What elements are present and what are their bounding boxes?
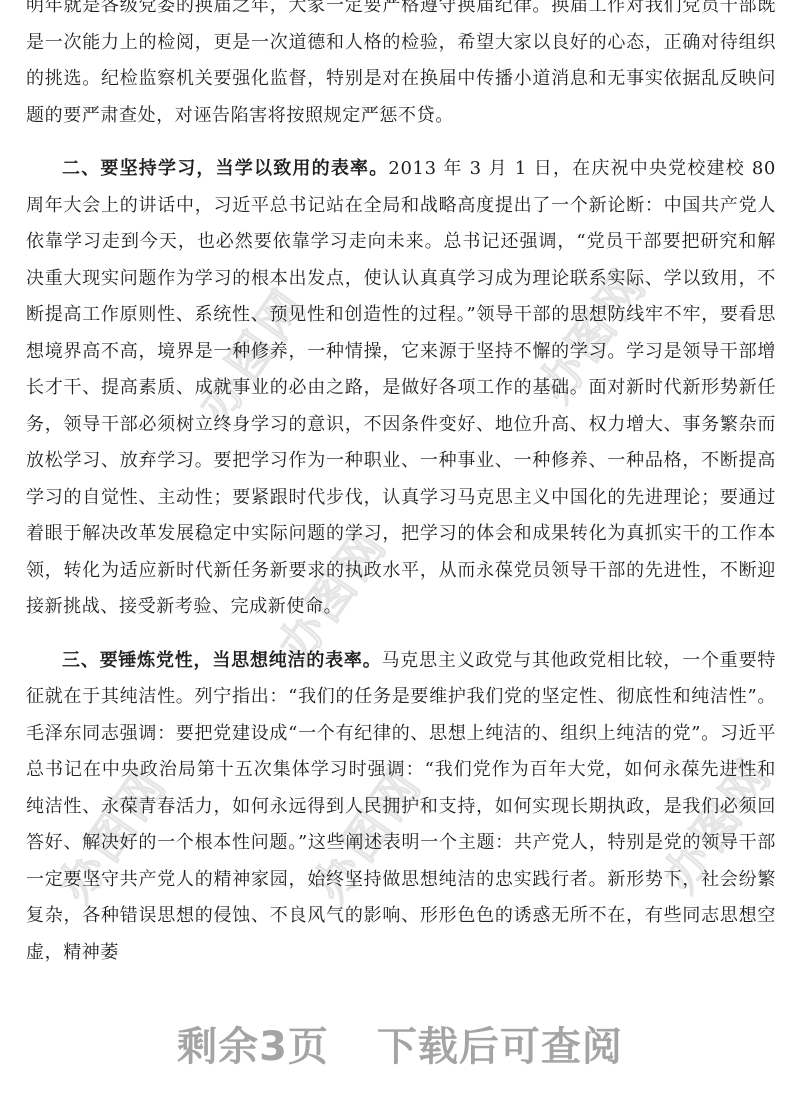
paragraph-continued: 明年就是各级党委的换届之年，大家一定要严格遵守换届纪律。换届工作对我们党员干部既… <box>26 0 776 134</box>
paragraph-section-3: 三、要锤炼党性，当思想纯洁的表率。马克思主义政党与其他政党相比较，一个重要特征就… <box>26 643 776 972</box>
download-prompt-banner[interactable]: 剩余3页下载后可查阅 <box>0 1015 800 1072</box>
paragraph-heading: 三、要锤炼党性，当思想纯洁的表率。 <box>62 650 382 671</box>
download-hint-label: 下载后可查阅 <box>377 1024 623 1070</box>
paragraph-text: 马克思主义政党与其他政党相比较，一个重要特征就在于其纯洁性。列宁指出：“我们的任… <box>26 650 776 963</box>
document-page: 办图网 办图网 办图网 办图网 办图网 办图网 明年就是各级党委的换届之年，大家… <box>0 0 800 1119</box>
paragraph-text: 2013 年 3 月 1 日，在庆祝中央党校建校 80 周年大会上的讲话中，习近… <box>26 158 776 617</box>
paragraph-section-2: 二、要坚持学习，当学以致用的表率。2013 年 3 月 1 日，在庆祝中央党校建… <box>26 151 776 626</box>
remaining-pages-label: 剩余3页 <box>177 1024 329 1070</box>
document-body: 明年就是各级党委的换届之年，大家一定要严格遵守换届纪律。换届工作对我们党员干部既… <box>26 0 776 988</box>
paragraph-heading: 二、要坚持学习，当学以致用的表率。 <box>62 158 388 179</box>
paragraph-text: 明年就是各级党委的换届之年，大家一定要严格遵守换届纪律。换届工作对我们党员干部既… <box>26 0 776 126</box>
